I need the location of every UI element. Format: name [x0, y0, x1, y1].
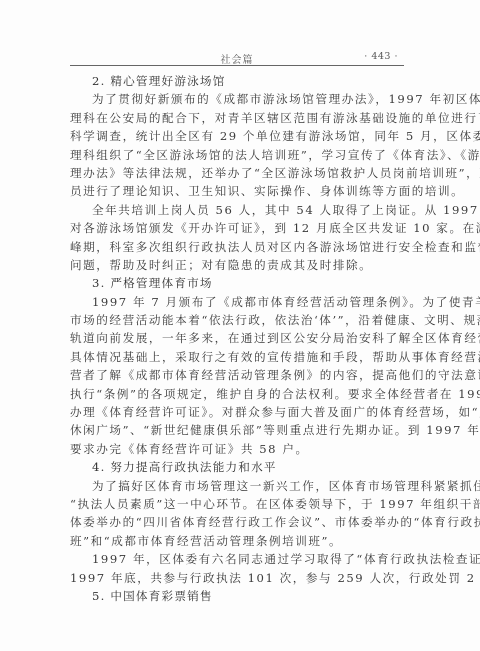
- text-line: 执行“条例”的各项规定，维护自身的合法权利。要求全体经营者在 1997 年底前: [70, 385, 406, 403]
- text-line: 峰期，科室多次组织行政执法人员对区内各游泳场馆进行安全检查和监督，发现: [70, 238, 406, 256]
- text-line: 具体情况基础上，采取行之有效的宣传措施和手段，帮助从事体育经营活动的经: [70, 348, 406, 366]
- document-page: 社会篇 · 443 · 2. 精心管理好游泳场馆 为了贯彻好新颁布的《成都市游泳…: [0, 0, 480, 651]
- text-line: 理办法》等法律法规，还举办了“全区游泳场馆救护人员岗前培训班”，对救护人: [70, 164, 406, 182]
- text-line: 班”和“成都市体育经营活动管理条例培训班”。: [70, 532, 406, 550]
- section-heading: 3. 严格管理体育市场: [70, 274, 406, 292]
- running-header: 社会篇 · 443 ·: [70, 49, 404, 65]
- body-text: 2. 精心管理好游泳场馆 为了贯彻好新颁布的《成都市游泳场馆管理办法》，1997…: [70, 72, 406, 605]
- text-line: 1997 年，区体委有六名同志通过学习取得了“体育行政执法检查证”，到: [70, 550, 406, 568]
- section-heading: 5. 中国体育彩票销售: [70, 587, 406, 605]
- page-number: · 443 ·: [364, 51, 398, 62]
- text-line: 为了贯彻好新颁布的《成都市游泳场馆管理办法》，1997 年初区体委市场管: [70, 90, 406, 108]
- text-line: 对各游泳场馆颁发《开办许可证》，到 12 月底全区共发证 10 家。在游泳季节高: [70, 219, 406, 237]
- text-line: 问题，帮助及时纠正；对有隐患的责成其及时排除。: [70, 256, 406, 274]
- section-heading: 4. 努力提高行政执法能力和水平: [70, 458, 406, 476]
- text-line: 全年共培训上岗人员 56 人，其中 54 人取得了上岗证。从 1997 年 6 …: [70, 201, 406, 219]
- header-rule: [70, 65, 404, 66]
- text-line: 为了搞好区体育市场管理这一新兴工作，区体育市场管理科紧紧抓住提高: [70, 477, 406, 495]
- section-heading: 2. 精心管理好游泳场馆: [70, 72, 406, 90]
- text-line: 体委举办的“四川省体育经营行政工作会议”、市体委举办的“体育行政执法培训: [70, 513, 406, 531]
- text-line: 理科在公安局的配合下，对青羊区辖区范围有游泳基础设施的单位进行了全面: [70, 109, 406, 127]
- text-line: 要求办完《体育经营许可证》共 58 户。: [70, 440, 406, 458]
- text-line: 1997 年底，共参与行政执法 101 次，参与 259 人次，行政处罚 2 次…: [70, 569, 406, 587]
- text-line: 理科组织了“全区游泳场馆的法人培训班”，学习宣传了《体育法》、《游泳场馆管: [70, 146, 406, 164]
- text-line: 轨道向前发展，一年多来，在通过到区公安分局治安科了解全区体育经营单位的: [70, 329, 406, 347]
- text-line: 营者了解《成都市体育经营活动管理条例》的内容，提高他们的守法意识，并自觉: [70, 366, 406, 384]
- text-line: “执法人员素质”这一中心环节。在区体委领导下，于 1997 年组织干部参加了省: [70, 495, 406, 513]
- text-line: 办理《体育经营许可证》。对群众参与面大普及面广的体育经营场，如“贝森体育: [70, 403, 406, 421]
- text-line: 员进行了理论知识、卫生知识、实际操作、身体训练等方面的培训。: [70, 182, 406, 200]
- text-line: 市场的经营活动能本着“依法行政，依法治‘体’”，沿着健康、文明、规范、有序的: [70, 311, 406, 329]
- text-line: 科学调查，统计出全区有 29 个单位建有游泳场馆，同年 5 月，区体委体育市场管: [70, 127, 406, 145]
- text-line: 1997 年 7 月颁布了《成都市体育经营活动管理条例》。为了使青羊区体育: [70, 293, 406, 311]
- header-title: 社会篇: [70, 51, 404, 66]
- text-line: 休闲广场”、“新世纪健康俱乐部”等则重点进行先期办证。到 1997 年底，全区按: [70, 421, 406, 439]
